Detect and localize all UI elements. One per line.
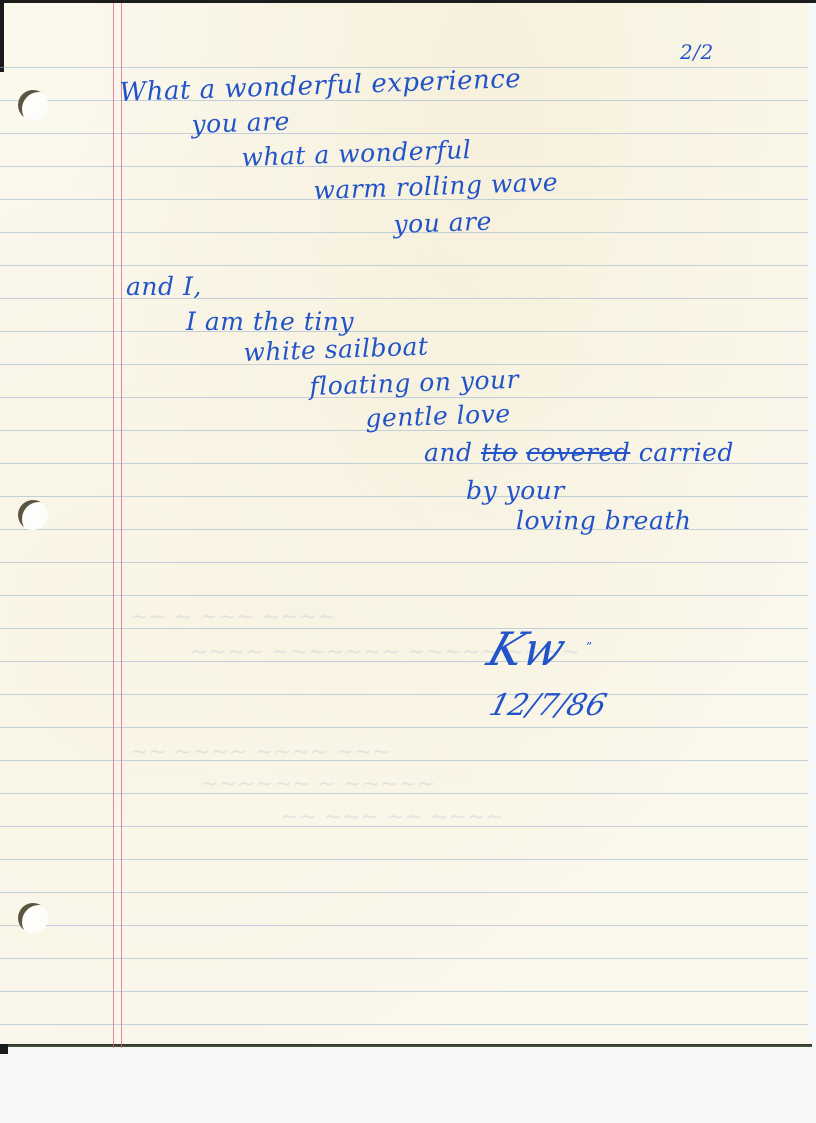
- poem-line: loving breath: [516, 506, 692, 535]
- binder-hole-top: [18, 90, 48, 120]
- margin-line-left: [113, 3, 114, 1048]
- bleed-through-text: ~~ ~~~ ~~ ~~~~: [280, 805, 504, 830]
- poem-line: you are: [191, 107, 290, 139]
- bleed-through-text: ~~~~~~ ~ ~~~~~: [200, 772, 435, 797]
- poem-line: gentle love: [365, 399, 511, 433]
- poem-line-carried: and tto covered carried: [424, 438, 734, 467]
- bleed-through-text: ~~ ~ ~~~ ~~~~: [130, 605, 335, 630]
- word-carried: carried: [639, 438, 734, 467]
- scan-corner-shadow: [0, 0, 4, 72]
- struck-word: tto: [481, 438, 518, 467]
- word-and: and: [424, 438, 473, 467]
- bleed-through-text: ~~ ~~~~ ~~~~ ~~~: [130, 740, 391, 765]
- poem-line: and I,: [126, 272, 202, 301]
- poem-line: by your: [466, 476, 565, 505]
- poem-line: I am the tiny: [186, 307, 354, 336]
- binder-hole-bottom: [18, 903, 48, 933]
- margin-line-right: [121, 3, 122, 1048]
- signature-date: 12/7/86: [485, 688, 610, 723]
- binder-hole-middle: [18, 500, 48, 530]
- poem-line: you are: [393, 207, 492, 239]
- struck-word: covered: [526, 438, 630, 467]
- signature-mark: ”: [586, 640, 592, 654]
- page-number: 2/2: [680, 40, 714, 64]
